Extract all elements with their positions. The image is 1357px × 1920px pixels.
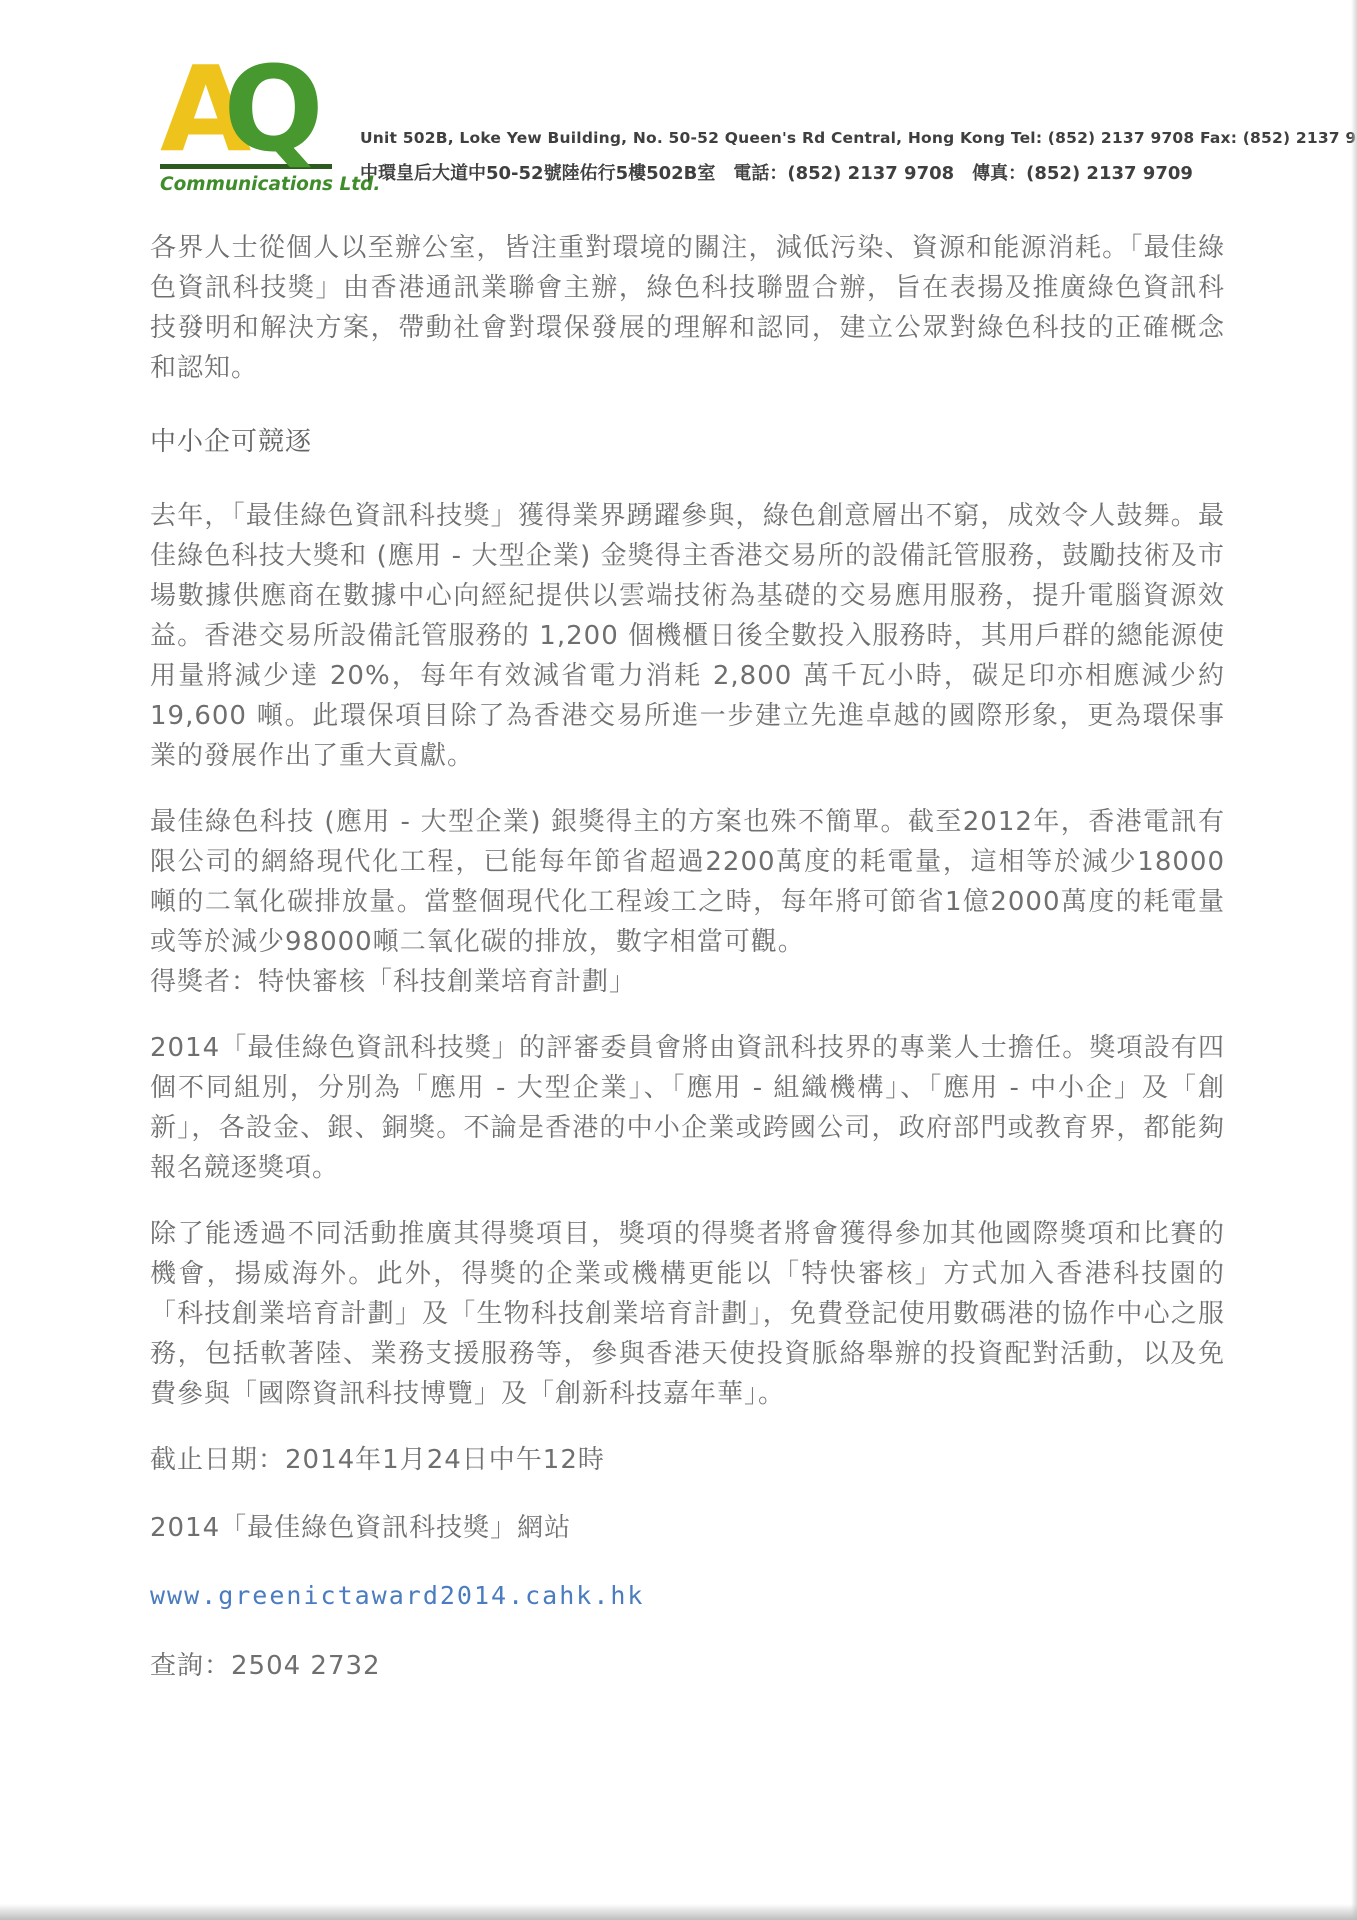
- enquiry-line: 查詢：2504 2732: [150, 1646, 1225, 1686]
- article-body: 各界人士從個人以至辦公室，皆注重對環境的關注，減低污染、資源和能源消耗。「最佳綠…: [150, 228, 1225, 1714]
- deadline-line: 截止日期：2014年1月24日中午12時: [150, 1440, 1225, 1480]
- subheading-winner: 得獎者：特快審核「科技創業培育計劃」: [150, 962, 1225, 1002]
- logo-company-name: Communications Ltd.: [160, 174, 340, 195]
- document-page: A Q Communications Ltd. Unit 502B, Loke …: [0, 0, 1357, 1920]
- page-edge-bottom: [0, 1904, 1357, 1920]
- paragraph-lastyear: 去年，「最佳綠色資訊科技獎」獲得業界踴躍參與，綠色創意層出不窮，成效令人鼓舞。最…: [150, 496, 1225, 776]
- section-heading-sme: 中小企可競逐: [150, 422, 1225, 462]
- address-chinese: 中環皇后大道中50-52號陸佑行5樓502B室 電話：(852) 2137 97…: [360, 159, 1357, 185]
- logo-letter-q: Q: [223, 58, 317, 162]
- page-edge-right: [1351, 0, 1357, 1920]
- address-english: Unit 502B, Loke Yew Building, No. 50-52 …: [360, 129, 1357, 147]
- website-link-row: www.greenictaward2014.cahk.hk: [150, 1576, 1225, 1644]
- paragraph-intro: 各界人士從個人以至辦公室，皆注重對環境的關注，減低污染、資源和能源消耗。「最佳綠…: [150, 228, 1225, 388]
- aq-logo: A Q Communications Ltd.: [160, 58, 340, 195]
- website-label: 2014「最佳綠色資訊科技獎」網站: [150, 1508, 1225, 1548]
- paragraph-promotion: 除了能透過不同活動推廣其得獎項目，獎項的得獎者將會獲得參加其他國際獎項和比賽的機…: [150, 1214, 1225, 1414]
- contact-info: Unit 502B, Loke Yew Building, No. 50-52 …: [360, 129, 1357, 195]
- aq-logo-letters: A Q: [160, 58, 340, 162]
- website-link[interactable]: www.greenictaward2014.cahk.hk: [150, 1576, 645, 1616]
- paragraph-judges: 2014「最佳綠色資訊科技獎」的評審委員會將由資訊科技界的專業人士擔任。獎項設有…: [150, 1028, 1225, 1188]
- letterhead: A Q Communications Ltd. Unit 502B, Loke …: [160, 58, 1297, 195]
- paragraph-silver-award: 最佳綠色科技 (應用 - 大型企業) 銀獎得主的方案也殊不簡單。截至2012年，…: [150, 802, 1225, 962]
